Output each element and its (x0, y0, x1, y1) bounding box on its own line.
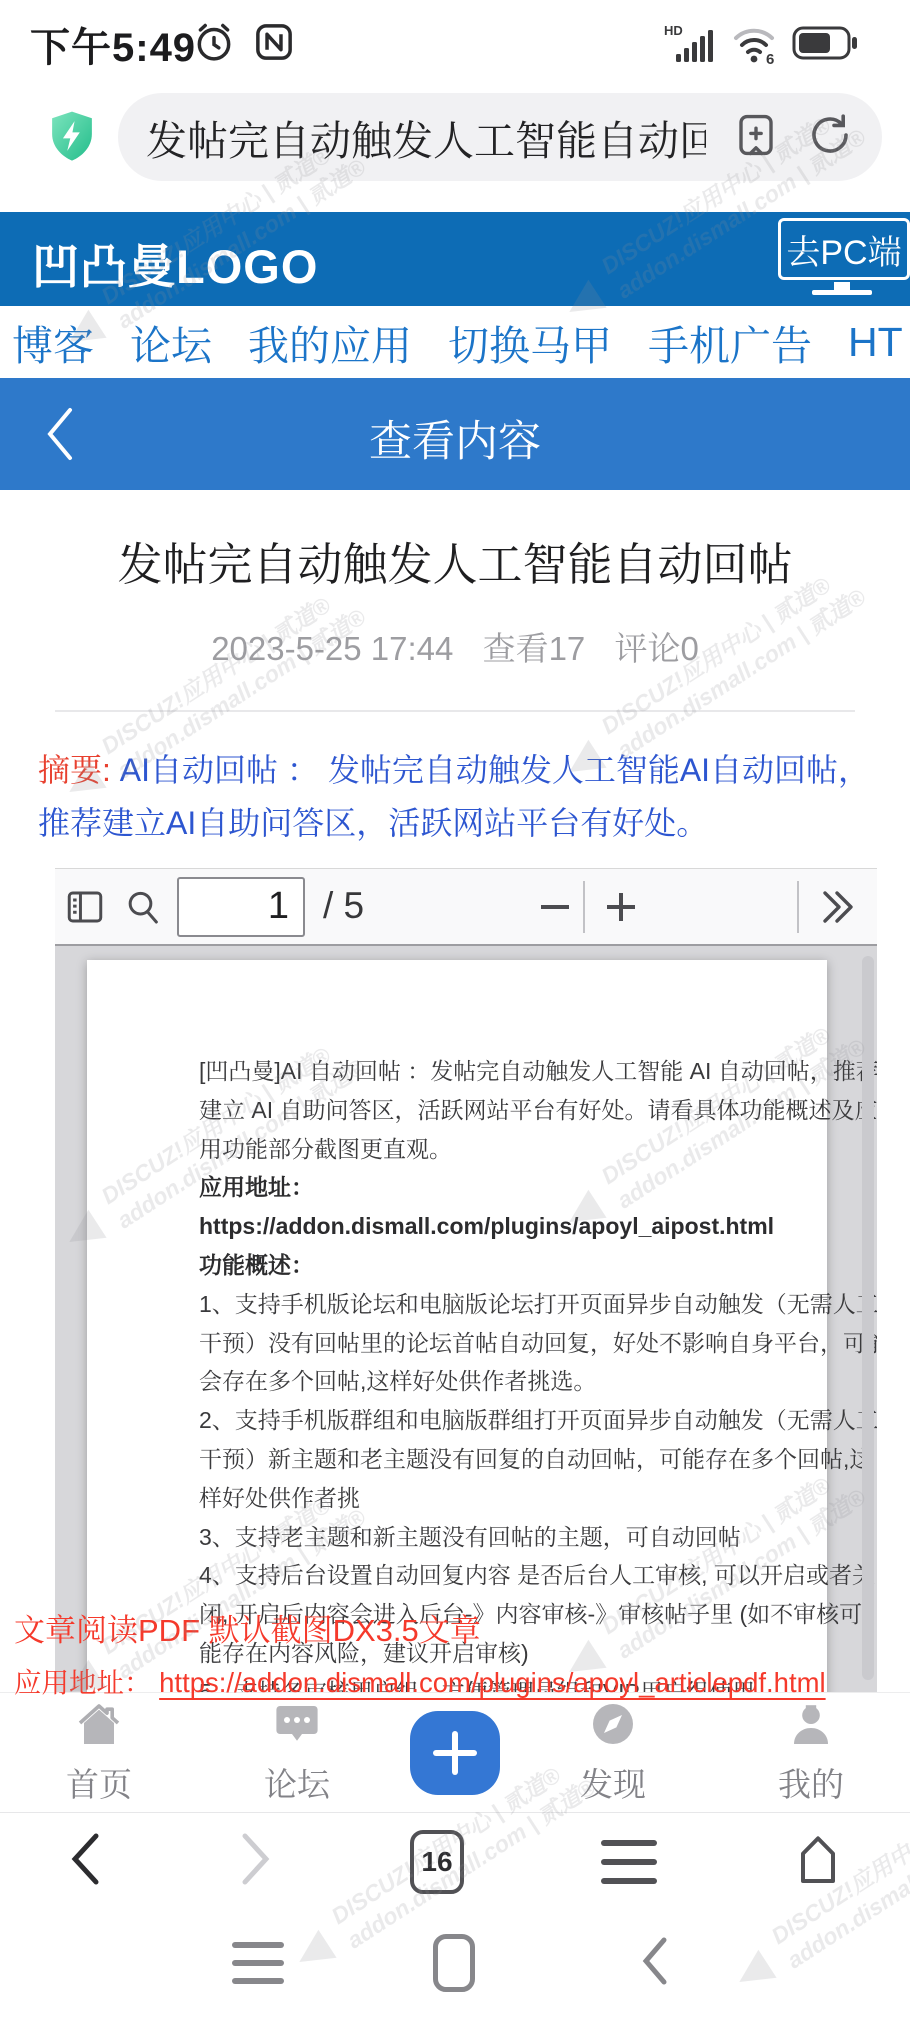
home-icon (73, 1700, 125, 1753)
promo-url-label: 应用地址： (14, 1667, 152, 1698)
tab-counter[interactable]: 16 (410, 1830, 464, 1894)
zoom-out-icon[interactable] (533, 885, 577, 929)
article-section: 发帖完自动触发人工智能自动回帖 2023-5-25 17:44 查看17 评论0… (0, 490, 910, 870)
divider (55, 710, 855, 712)
pdf-text-line: 3、支持老主题和新主题没有回帖的主题，可自动回帖 (199, 1518, 727, 1557)
pdf-text-line: 样好处供作者挑 (199, 1479, 727, 1518)
site-logo[interactable]: 凹凸曼LOGO (32, 230, 318, 297)
plus-icon (433, 1731, 477, 1775)
clock-time: 下午5:49 (30, 16, 196, 73)
pdf-scrollbar[interactable] (862, 956, 874, 1680)
add-bookmark-icon[interactable] (732, 111, 780, 164)
signal-icon: HD (664, 22, 716, 69)
status-bar: 下午5:49 HD (0, 0, 910, 85)
browser-forward-icon[interactable] (239, 1831, 273, 1892)
promo-overlay: 文章阅读PDF 默认截图DX3.5文章 应用地址： https://addon.… (14, 1605, 910, 1700)
tab-discover[interactable]: 发现 (528, 1700, 698, 1806)
nav-item-mobile-ads[interactable]: 手机广告 (648, 313, 812, 372)
svg-text:HD: HD (664, 23, 683, 38)
pdf-search-icon[interactable] (121, 885, 165, 929)
pdf-text: [凹凸曼]AI 自动回帖 ：发帖完自动触发人工智能 AI 自动回帖，推荐建立 A… (87, 960, 827, 1692)
pdf-text-line: 建立 AI 自助问答区，活跃网站平台有好处。请看具体功能概述及应 (199, 1091, 727, 1130)
article-summary: 摘要: AI自动回帖 ： 发帖完自动触发人工智能AI自动回帖， 推荐建立AI自助… (38, 744, 874, 850)
summary-line-1: 摘要: AI自动回帖 ： 发帖完自动触发人工智能AI自动回帖， (38, 744, 874, 797)
pdf-text-line: 用功能部分截图更直观。 (199, 1130, 727, 1169)
nfc-icon (252, 20, 296, 69)
pdf-text-line: https://addon.dismall.com/plugins/apoyl_… (199, 1207, 727, 1246)
user-icon (787, 1700, 835, 1753)
recents-icon[interactable] (232, 1942, 284, 1984)
site-header: 凹凸曼LOGO 去PC端 (0, 212, 910, 306)
pdf-page-input[interactable]: 1 (177, 877, 305, 937)
nav-item-switch-account[interactable]: 切换马甲 (448, 313, 612, 372)
tab-forum[interactable]: 论坛 (212, 1700, 382, 1806)
article-comments: 评论0 (614, 630, 698, 667)
pdf-page-total: / 5 (323, 885, 364, 927)
refresh-icon[interactable] (806, 111, 854, 164)
pdf-text-line: 会存在多个回帖,这样好处供作者挑选。 (199, 1362, 727, 1401)
pdf-page-1: [凹凸曼]AI 自动回帖 ：发帖完自动触发人工智能 AI 自动回帖，推荐建立 A… (87, 960, 827, 1692)
pdf-text-line: 干预）没有回帖里的论坛首帖自动回复，好处不影响自身平台，可能 (199, 1324, 727, 1363)
battery-icon (792, 25, 858, 66)
promo-line-1: 文章阅读PDF 默认截图DX3.5文章 (14, 1605, 910, 1650)
pdf-toolbar: 1 / 5 (55, 868, 877, 946)
page-title-bar: 查看内容 (0, 378, 910, 490)
pdf-text-line: 1、支持手机版论坛和电脑版论坛打开页面异步自动触发（无需人工 (199, 1285, 727, 1324)
alarm-icon (192, 20, 236, 69)
nav-item-ht-truncated[interactable]: HT (848, 319, 903, 366)
promo-line-2: 应用地址： https://addon.dismall.com/plugins/… (14, 1660, 910, 1700)
go-pc-label: 去PC端 (786, 225, 901, 274)
summary-line-2: 推荐建立AI自助问答区，活跃网站平台有好处。 (38, 797, 874, 850)
pdf-viewer-widget: 1 / 5 [凹凸曼]AI 自动回帖 ：发帖完自动触发人工智能 AI 自动回帖，… (55, 868, 877, 1692)
nav-item-my-apps[interactable]: 我的应用 (248, 313, 412, 372)
svg-text:6: 6 (766, 51, 774, 64)
security-shield-icon (46, 109, 98, 168)
pdf-sidebar-toggle-icon[interactable] (63, 885, 107, 929)
pdf-text-line: 功能概述： (199, 1246, 727, 1285)
nav-item-blog[interactable]: 博客 (12, 313, 94, 372)
compass-icon (589, 1700, 637, 1753)
url-bar[interactable]: 发帖完自动触发人工智能自动回帖 (118, 93, 882, 181)
site-tab-bar: 首页 论坛 发现 (0, 1692, 910, 1812)
article-views: 查看17 (483, 630, 586, 667)
pdf-more-tools-icon[interactable] (815, 885, 859, 929)
new-post-button[interactable] (410, 1711, 500, 1795)
zoom-in-icon[interactable] (599, 885, 643, 929)
chat-bubble-icon (272, 1700, 322, 1753)
wifi6-icon: 6 (730, 22, 778, 69)
tab-home[interactable]: 首页 (14, 1700, 184, 1806)
pdf-text-line: 应用地址： (199, 1168, 727, 1207)
browser-url-row: 发帖完自动触发人工智能自动回帖 (0, 85, 910, 197)
phone-screen: 下午5:49 HD (0, 0, 910, 2023)
system-nav-bar (0, 1910, 910, 2023)
nav-item-forum[interactable]: 论坛 (130, 313, 212, 372)
article-meta: 2023-5-25 17:44 查看17 评论0 (0, 623, 910, 670)
url-bar-text: 发帖完自动触发人工智能自动回帖 (146, 108, 706, 167)
browser-home-icon[interactable] (794, 1832, 842, 1891)
browser-menu-icon[interactable] (601, 1840, 657, 1884)
site-nav: 博客 论坛 我的应用 切换马甲 手机广告 HT (0, 306, 910, 378)
browser-back-icon[interactable] (68, 1831, 102, 1892)
article-date: 2023-5-25 17:44 (211, 630, 453, 667)
browser-nav-bar: 16 (0, 1812, 910, 1910)
promo-url-link[interactable]: https://addon.dismall.com/plugins/apoyl_… (159, 1667, 825, 1698)
article-title: 发帖完自动触发人工智能自动回帖 (20, 528, 890, 593)
pdf-text-line: 2、支持手机版群组和电脑版群组打开页面异步自动触发（无需人工 (199, 1401, 727, 1440)
pdf-text-line: [凹凸曼]AI 自动回帖 ：发帖完自动触发人工智能 AI 自动回帖，推荐 (199, 1052, 727, 1091)
tab-me[interactable]: 我的 (726, 1700, 896, 1806)
summary-label: 摘要: (38, 752, 111, 788)
go-pc-button[interactable]: 去PC端 (778, 218, 910, 302)
pdf-text-line: 干预）新主题和老主题没有回复的自动回帖，可能存在多个回帖,这 (199, 1440, 727, 1479)
system-home-icon[interactable] (433, 1934, 475, 1992)
page-title: 查看内容 (0, 408, 910, 469)
system-back-icon[interactable] (640, 1936, 668, 1991)
pdf-text-line: 4、支持后台设置自动回复内容 是否后台人工审核, 可以开启或者关 (199, 1556, 727, 1595)
pdf-viewer-canvas[interactable]: [凹凸曼]AI 自动回帖 ：发帖完自动触发人工智能 AI 自动回帖，推荐建立 A… (55, 946, 877, 1692)
monitor-icon: 去PC端 (778, 218, 910, 280)
